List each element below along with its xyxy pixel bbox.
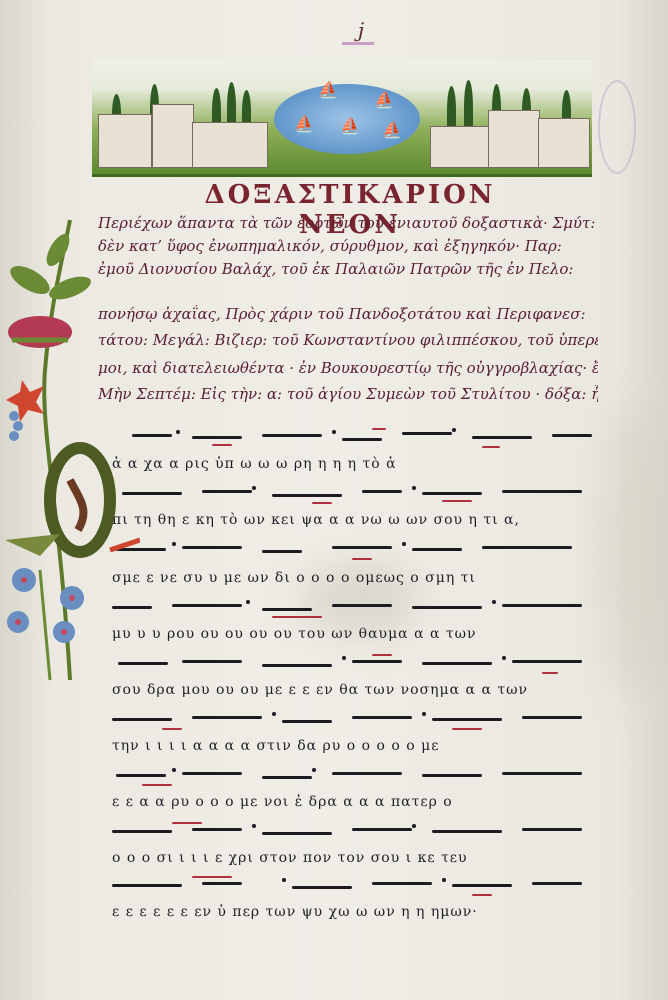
building-icon [488,110,540,168]
neume-row [112,822,598,844]
rubric-line: πονήσῳ ἀχαΐας, Πρὸς χάριν τοῦ Πανδοξοτάτ… [98,305,598,323]
ship-icon: ⛵ [382,120,402,139]
rubric-line: τάτου: Μεγάλ: Βιζιερ: τοῦ Κωνσταντίνου φ… [98,331,598,349]
ship-icon: ⛵ [294,114,314,133]
lyric-line: πι τη θη ε κη τὸ ων κει ψα α α νω ω ων σ… [112,512,602,528]
lyric-line: σου δρα μου ου ου με ε ε εν θα των νοσημ… [112,682,602,698]
manuscript-page: j ⛵ ⛵ ⛵ ⛵ ⛵ ΔΟΞΑΣΤΙΚΑΡΙΟΝ ΝΕΟΝ Περιέχων … [0,0,668,1000]
harbor-water: ⛵ ⛵ ⛵ ⛵ ⛵ [274,84,420,154]
rubric-line: μοι, καὶ διατελειωθέντα · ἐν Βουκουρεστί… [98,359,598,377]
building-icon [538,118,590,168]
ship-icon: ⛵ [340,116,360,135]
building-icon [98,114,152,168]
neume-row [112,710,598,732]
neume-row [112,484,598,506]
building-icon [192,122,268,168]
neume-row [112,654,598,676]
ship-icon: ⛵ [374,90,394,109]
lyric-line: την ι ι ι ι α α α α στιν δα ρυ ο ο ο ο ο… [112,738,602,754]
folio-mark: j [348,18,374,42]
building-icon [430,126,490,168]
lyric-line: μυ υ υ ρου ου ου ου ου του ων θαυμα α α … [112,626,602,642]
rubric-line: ἐμοῦ Διονυσίου Βαλάχ, τοῦ ἐκ Παλαιῶν Πατ… [98,260,598,278]
neume-row [112,766,598,788]
lyric-line: ο ο ο σι ι ι ι ε χρι στον πον τον σου ι … [112,850,602,866]
neume-row [112,598,598,620]
lyric-line: ε ε ε ε ε ε εν ὑ περ των ψυ χω ω ων η η … [112,904,602,920]
neume-row [112,428,598,450]
rubric-line: Περιέχων ἅπαντα τὰ τῶν ἑορτῶν τοῦ ἐνιαυτ… [98,214,598,232]
neume-row [112,876,598,898]
lyric-line: ἀ α χα α ρις ὑπ ω ω ω ρη η η η τὸ ἀ [112,456,602,472]
watermark [598,80,636,174]
neume-row [112,540,598,562]
folio-rule [342,42,374,45]
building-icon [152,104,194,168]
paper-stain [600,400,660,700]
ship-icon: ⛵ [318,80,338,99]
lyric-line: ε ε α α ρυ ο ο ο με νοι ἐ δρα α α α πατε… [112,794,602,810]
rubric-line: Μὴν Σεπτέμ: Εἰς τὴν: α: τοῦ ἁγίου Συμεὼν… [98,385,598,403]
floral-border-illumination [0,210,140,690]
lyric-line: σμε ε νε συ υ με ων δι ο ο ο ο ομεως ο σ… [112,570,602,586]
rubric-line: δὲν κατ’ ὕφος ἐνωπημαλικόν, σύρυθμον, κα… [98,237,598,255]
rose-icon [8,316,72,348]
headpiece-illumination: ⛵ ⛵ ⛵ ⛵ ⛵ [92,60,592,177]
